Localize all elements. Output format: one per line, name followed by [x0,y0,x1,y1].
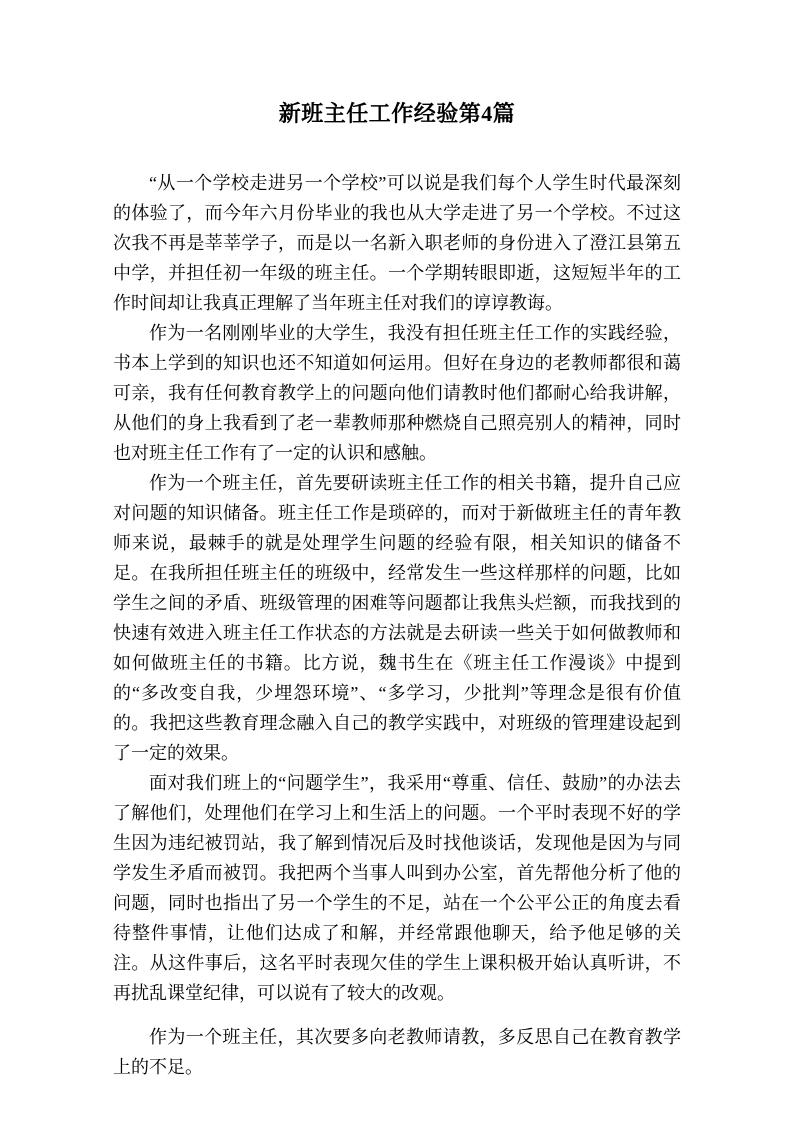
paragraph-3: 作为一个班主任，首先要研读班主任工作的相关书籍，提升自己应对问题的知识储备。班主… [113,468,681,768]
paragraph-5: 作为一个班主任，其次要多向老教师请教，多反思自己在教育教学上的不足。 [113,1022,681,1082]
document-title: 新班主任工作经验第4篇 [113,98,681,130]
document-body: “从一个学校走进另一个学校”可以说是我们每个人学生时代最深刻的体验了，而今年六月… [113,168,681,1082]
document-page: 新班主任工作经验第4篇 “从一个学校走进另一个学校”可以说是我们每个人学生时代最… [0,0,793,1122]
paragraph-4: 面对我们班上的“问题学生”，我采用“尊重、信任、鼓励”的办法去了解他们，处理他们… [113,768,681,1008]
paragraph-1: “从一个学校走进另一个学校”可以说是我们每个人学生时代最深刻的体验了，而今年六月… [113,168,681,318]
paragraph-2: 作为一名刚刚毕业的大学生，我没有担任班主任工作的实践经验，书本上学到的知识也还不… [113,318,681,468]
